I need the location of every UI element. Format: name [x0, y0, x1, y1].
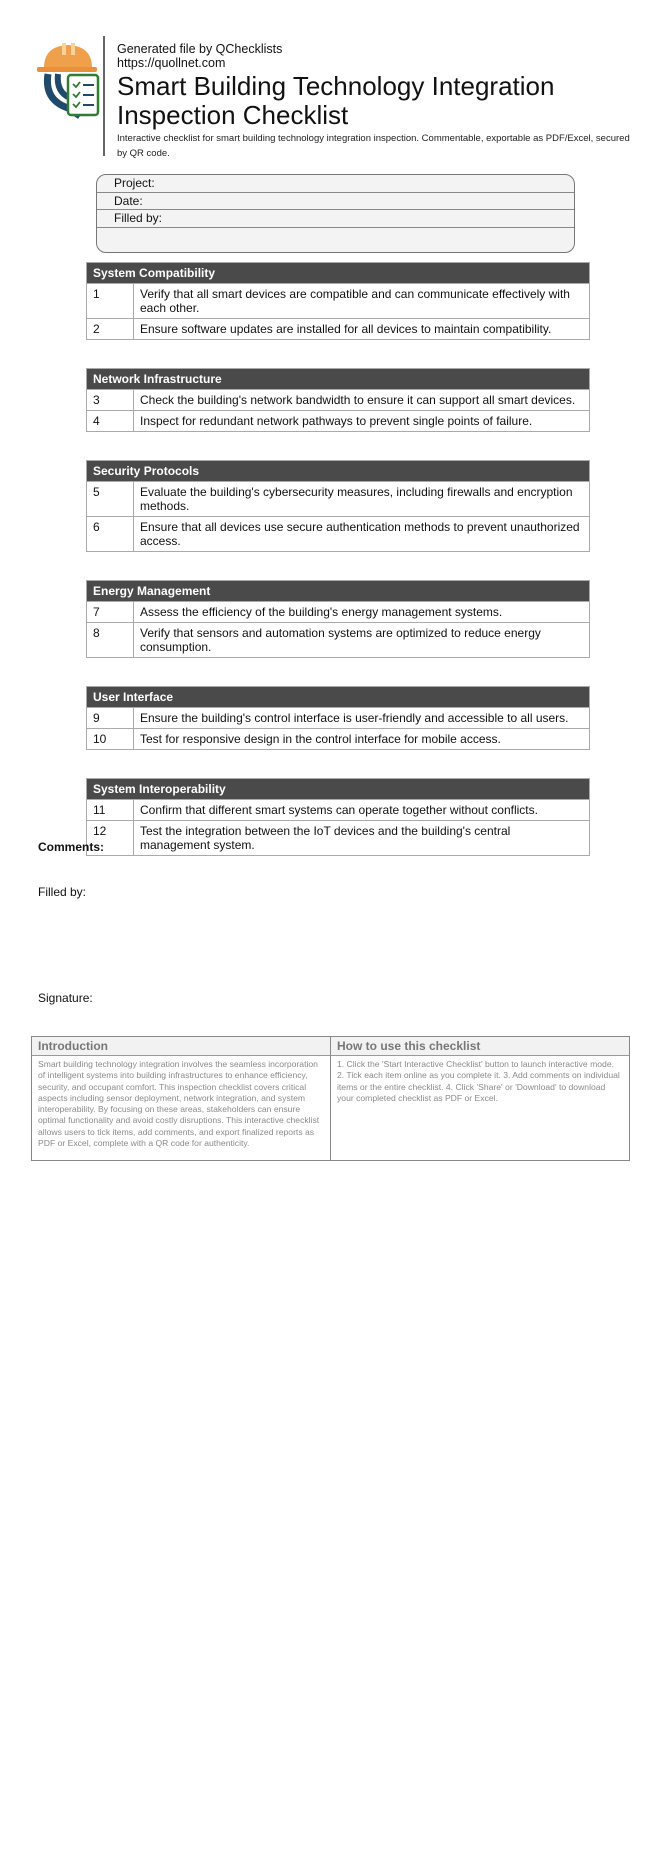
- introduction-column: Introduction Smart building technology i…: [32, 1037, 330, 1160]
- item-text: Verify that sensors and automation syste…: [134, 623, 589, 657]
- section-system-interoperability: System Interoperability 11Confirm that d…: [86, 778, 590, 856]
- item-text: Inspect for redundant network pathways t…: [134, 411, 589, 431]
- item-number: 1: [87, 284, 134, 318]
- item-number: 10: [87, 729, 134, 749]
- item-number: 2: [87, 319, 134, 339]
- checklist-item[interactable]: 10Test for responsive design in the cont…: [87, 728, 589, 749]
- comments-label: Comments:: [38, 840, 104, 854]
- generated-by-label: Generated file by QChecklists: [117, 42, 637, 56]
- item-number: 8: [87, 623, 134, 657]
- section-title: User Interface: [87, 687, 589, 707]
- section-security-protocols: Security Protocols 5Evaluate the buildin…: [86, 460, 590, 552]
- checklist-item[interactable]: 12Test the integration between the IoT d…: [87, 820, 589, 855]
- item-text: Verify that all smart devices are compat…: [134, 284, 589, 318]
- checklist-item[interactable]: 3Check the building's network bandwidth …: [87, 389, 589, 410]
- how-to-text: 1. Click the 'Start Interactive Checklis…: [331, 1056, 629, 1107]
- how-to-title: How to use this checklist: [331, 1037, 629, 1056]
- page-subtitle: Interactive checklist for smart building…: [117, 131, 637, 161]
- introduction-text: Smart building technology integration in…: [32, 1056, 330, 1152]
- item-text: Test for responsive design in the contro…: [134, 729, 589, 749]
- section-title: Security Protocols: [87, 461, 589, 481]
- section-title: System Compatibility: [87, 263, 589, 283]
- item-text: Ensure that all devices use secure authe…: [134, 517, 589, 551]
- document-header: Generated file by QChecklists https://qu…: [34, 36, 634, 156]
- section-title: Network Infrastructure: [87, 369, 589, 389]
- checklist-item[interactable]: 4Inspect for redundant network pathways …: [87, 410, 589, 431]
- checklist-item[interactable]: 1Verify that all smart devices are compa…: [87, 283, 589, 318]
- item-text: Test the integration between the IoT dev…: [134, 821, 589, 855]
- info-box: Project: Date: Filled by:: [96, 174, 575, 253]
- section-network-infrastructure: Network Infrastructure 3Check the buildi…: [86, 368, 590, 432]
- header-divider: [103, 36, 105, 156]
- how-to-column: How to use this checklist 1. Click the '…: [330, 1037, 629, 1160]
- item-text: Check the building's network bandwidth t…: [134, 390, 589, 410]
- item-text: Ensure software updates are installed fo…: [134, 319, 589, 339]
- info-field-date[interactable]: Date:: [97, 193, 574, 211]
- checklist-item[interactable]: 9Ensure the building's control interface…: [87, 707, 589, 728]
- item-text: Confirm that different smart systems can…: [134, 800, 589, 820]
- item-number: 3: [87, 390, 134, 410]
- section-user-interface: User Interface 9Ensure the building's co…: [86, 686, 590, 750]
- item-text: Assess the efficiency of the building's …: [134, 602, 589, 622]
- section-title: System Interoperability: [87, 779, 589, 799]
- item-text: Ensure the building's control interface …: [134, 708, 589, 728]
- checklist-item[interactable]: 11Confirm that different smart systems c…: [87, 799, 589, 820]
- signature-label: Signature:: [38, 991, 93, 1005]
- source-url[interactable]: https://quollnet.com: [117, 56, 637, 70]
- checklist-item[interactable]: 7Assess the efficiency of the building's…: [87, 601, 589, 622]
- item-number: 4: [87, 411, 134, 431]
- checklist-item[interactable]: 6Ensure that all devices use secure auth…: [87, 516, 589, 551]
- section-system-compatibility: System Compatibility 1Verify that all sm…: [86, 262, 590, 340]
- checklist-item[interactable]: 8Verify that sensors and automation syst…: [87, 622, 589, 657]
- introduction-title: Introduction: [32, 1037, 330, 1056]
- info-table: Introduction Smart building technology i…: [31, 1036, 630, 1161]
- info-field-filled-by[interactable]: Filled by:: [97, 210, 574, 228]
- item-number: 9: [87, 708, 134, 728]
- hardhat-checklist-logo-icon: [34, 40, 104, 120]
- section-energy-management: Energy Management 7Assess the efficiency…: [86, 580, 590, 658]
- info-field-project[interactable]: Project:: [97, 175, 574, 193]
- filled-by-label: Filled by:: [38, 885, 86, 899]
- checklist-sections: System Compatibility 1Verify that all sm…: [86, 262, 590, 884]
- item-number: 7: [87, 602, 134, 622]
- page-title: Smart Building Technology Integration In…: [117, 72, 637, 130]
- item-number: 5: [87, 482, 134, 516]
- section-title: Energy Management: [87, 581, 589, 601]
- checklist-item[interactable]: 5Evaluate the building's cybersecurity m…: [87, 481, 589, 516]
- item-number: 6: [87, 517, 134, 551]
- item-number: 11: [87, 800, 134, 820]
- item-text: Evaluate the building's cybersecurity me…: [134, 482, 589, 516]
- checklist-item[interactable]: 2Ensure software updates are installed f…: [87, 318, 589, 339]
- info-field-blank[interactable]: [97, 228, 574, 246]
